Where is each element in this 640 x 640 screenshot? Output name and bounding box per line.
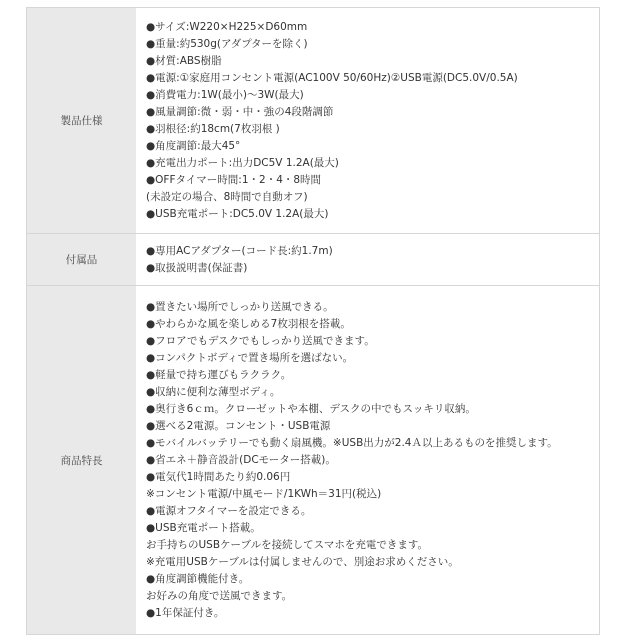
list-item: お手持ちのUSBケーブルを接続してスマホを充電できます。 (146, 537, 599, 554)
list-item: ●省エネ＋静音設計(DCモーター搭載)。 (146, 452, 599, 469)
list-item: ●専用ACアダプター(コード長:約1.7m) (146, 243, 599, 260)
list-item: ●コンパクトボディで置き場所を選ばない。 (146, 350, 599, 367)
spec-lines: ●サイズ:W220×H225×D60mm●重量:約530g(アダプターを除く)●… (146, 19, 599, 223)
list-item: ※コンセント電源/中風モード/1KWh＝31円(税込) (146, 486, 599, 503)
list-item: ●選べる2電源。コンセント・USB電源 (146, 418, 599, 435)
table-row-specs: 製品仕様 ●サイズ:W220×H225×D60mm●重量:約530g(アダプター… (27, 8, 600, 234)
feature-lines: ●置きたい場所でしっかり送風できる。●やわらかな風を楽しめる7枚羽根を搭載。●フ… (146, 299, 599, 622)
list-item: ●羽根径:約18cm(7枚羽根 ) (146, 121, 599, 138)
list-item: ●充電出力ポート:出力DC5V 1.2A(最大) (146, 155, 599, 172)
list-item: ●USB充電ポート搭載。 (146, 520, 599, 537)
accessory-lines: ●専用ACアダプター(コード長:約1.7m)●取扱説明書(保証書) (146, 243, 599, 277)
row-value-accessories: ●専用ACアダプター(コード長:約1.7m)●取扱説明書(保証書) (136, 234, 600, 286)
list-item: ●電源:①家庭用コンセント電源(AC100V 50/60Hz)②USB電源(DC… (146, 70, 599, 87)
list-item: ●角度調節:最大45° (146, 138, 599, 155)
list-item: ●モバイルバッテリーでも動く扇風機。※USB出力が2.4Ａ以上あるものを推奨しま… (146, 435, 599, 452)
list-item: お好みの角度で送風できます。 (146, 588, 599, 605)
table-row-accessories: 付属品 ●専用ACアダプター(コード長:約1.7m)●取扱説明書(保証書) (27, 234, 600, 286)
row-value-specs: ●サイズ:W220×H225×D60mm●重量:約530g(アダプターを除く)●… (136, 8, 600, 234)
list-item: ●奥行き6ｃｍ。クローゼットや本棚、デスクの中でもスッキリ収納。 (146, 401, 599, 418)
list-item: ●サイズ:W220×H225×D60mm (146, 19, 599, 36)
list-item: ●取扱説明書(保証書) (146, 260, 599, 277)
row-value-features: ●置きたい場所でしっかり送風できる。●やわらかな風を楽しめる7枚羽根を搭載。●フ… (136, 286, 600, 635)
list-item: ●軽量で持ち運びもラクラク。 (146, 367, 599, 384)
list-item: ●フロアでもデスクでもしっかり送風できます。 (146, 333, 599, 350)
list-item: ●やわらかな風を楽しめる7枚羽根を搭載。 (146, 316, 599, 333)
list-item: ●電源オフタイマーを設定できる。 (146, 503, 599, 520)
list-item: ●風量調節:微・弱・中・強の4段階調節 (146, 104, 599, 121)
list-item: ●置きたい場所でしっかり送風できる。 (146, 299, 599, 316)
list-item: ※充電用USBケーブルは付属しませんので、別途お求めください。 (146, 554, 599, 571)
list-item: ●収納に便利な薄型ボディ。 (146, 384, 599, 401)
row-label-features: 商品特長 (27, 286, 137, 635)
list-item: ●電気代1時間あたり約0.06円 (146, 469, 599, 486)
list-item: ●1年保証付き。 (146, 605, 599, 622)
row-label-accessories: 付属品 (27, 234, 137, 286)
list-item: ●角度調節機能付き。 (146, 571, 599, 588)
table-row-features: 商品特長 ●置きたい場所でしっかり送風できる。●やわらかな風を楽しめる7枚羽根を… (27, 286, 600, 635)
list-item: ●重量:約530g(アダプターを除く) (146, 36, 599, 53)
product-spec-table: 製品仕様 ●サイズ:W220×H225×D60mm●重量:約530g(アダプター… (26, 7, 600, 635)
list-item: ●USB充電ポート:DC5.0V 1.2A(最大) (146, 206, 599, 223)
list-item: ●OFFタイマー時間:1・2・4・8時間 (146, 172, 599, 189)
list-item: (未設定の場合、8時間で自動オフ) (146, 189, 599, 206)
row-label-specs: 製品仕様 (27, 8, 137, 234)
list-item: ●消費電力:1W(最小)～3W(最大) (146, 87, 599, 104)
list-item: ●材質:ABS樹脂 (146, 53, 599, 70)
